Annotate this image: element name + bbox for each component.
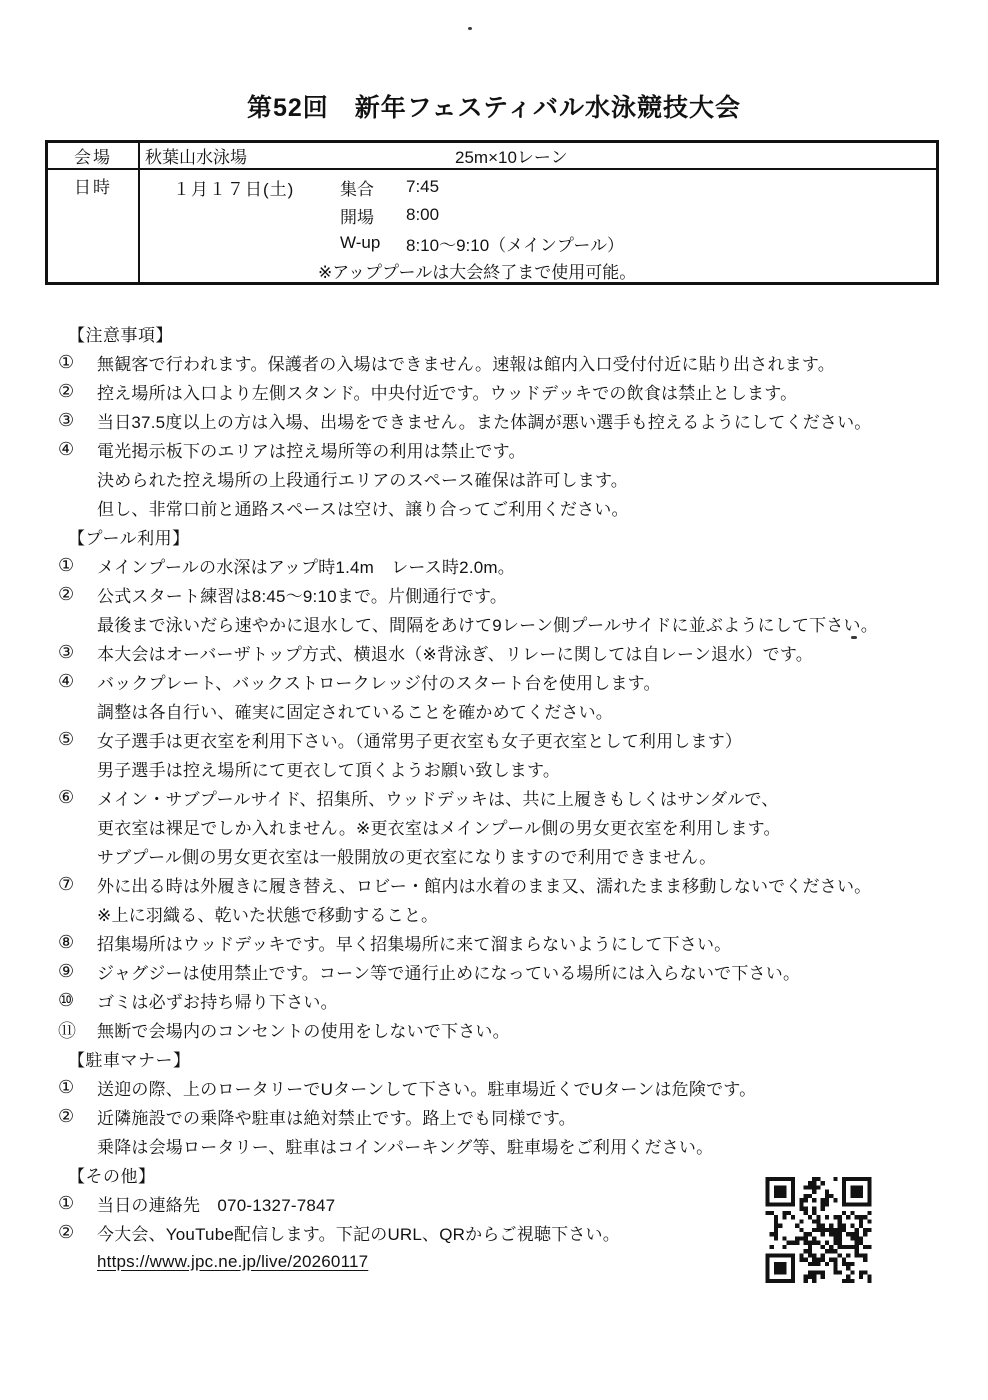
list-item: ③本大会はオーバーザトップ方式、横退水（※背泳ぎ、リレーに関しては自レーン退水）… [58, 638, 988, 667]
schedule-time: 8:00 [406, 205, 439, 225]
list-item: ⑨ジャグジーは使用禁止です。コーン等で通行止めになっている場所には入らないで下さ… [58, 957, 988, 986]
item-number: ② [58, 1106, 97, 1127]
item-text: 最後まで泳いだら速やかに退水して、間隔をあけて9レーン側プールサイドに並ぶように… [97, 611, 878, 636]
item-number: ⑨ [58, 961, 97, 982]
item-number: ⑤ [58, 729, 97, 750]
scan-artifact [851, 636, 857, 639]
schedule-line: １月１７日(土) 集合 7:45 [140, 173, 936, 201]
item-text: 本大会はオーバーザトップ方式、横退水（※背泳ぎ、リレーに関しては自レーン退水）で… [97, 640, 813, 665]
list-item: ⑪無断で会場内のコンセントの使用をしないで下さい。 [58, 1015, 988, 1044]
list-item: ⑤女子選手は更衣室を利用下さい。（通常男子更衣室も女子更衣室として利用します） [58, 725, 988, 754]
qr-code-icon [765, 1177, 872, 1283]
item-number: ⑪ [58, 1017, 97, 1043]
item-number: ⑦ [58, 874, 97, 895]
list-item: 更衣室は裸足でしか入れません。※更衣室はメインプール側の男女更衣室を利用します。 [58, 812, 988, 841]
section-heading: 【注意事項】 [68, 319, 988, 348]
list-item: ②公式スタート練習は8:45～9:10まで。片側通行です。 [58, 580, 988, 609]
item-number: ① [58, 1193, 97, 1214]
venue-cell: 秋葉山水泳場 25m×10レーン [140, 143, 936, 168]
schedule-time: 8:10～9:10（メインプール） [406, 231, 624, 256]
schedule-label: 集合 [340, 175, 406, 200]
pool-availability-note: ※アッププールは大会終了まで使用可能。 [318, 257, 936, 283]
item-number: ④ [58, 439, 97, 460]
scan-artifact [468, 27, 472, 30]
list-item: ②近隣施設での乗降や駐車は絶対禁止です。路上でも同様です。 [58, 1102, 988, 1131]
datetime-cell: １月１７日(土) 集合 7:45 開場 8:00 W-up 8:10～9:10（… [140, 170, 936, 282]
pool-spec: 25m×10レーン [455, 143, 568, 168]
item-number: ⑥ [58, 787, 97, 808]
item-text: 当日の連絡先 070-1327-7847 [97, 1191, 335, 1216]
list-item: 男子選手は控え場所にて更衣して頂くようお願い致します。 [58, 754, 988, 783]
table-row-datetime: 日時 １月１７日(土) 集合 7:45 開場 8:00 W-up 8:10～9:… [48, 170, 936, 282]
item-text: 公式スタート練習は8:45～9:10まで。片側通行です。 [97, 582, 507, 607]
list-item: ④バックプレート、バックストロークレッジ付のスタート台を使用します。 [58, 667, 988, 696]
item-text: ジャグジーは使用禁止です。コーン等で通行止めになっている場所には入らないで下さい… [97, 959, 800, 984]
item-text: サブプール側の男女更衣室は一般開放の更衣室になりますので利用できません。 [97, 843, 716, 868]
list-item: 但し、非常口前と通路スペースは空け、譲り合ってご利用ください。 [58, 493, 988, 522]
list-item: 調整は各自行い、確実に固定されていることを確かめてください。 [58, 696, 988, 725]
section-heading: 【プール利用】 [68, 522, 988, 551]
item-number: ① [58, 352, 97, 373]
page-title: 第52回 新年フェスティバル水泳競技大会 [0, 88, 988, 124]
item-text: メインプールの水深はアップ時1.4m レース時2.0m。 [97, 553, 515, 578]
list-item: ⑧招集場所はウッドデッキです。早く招集場所に来て溜まらないようにして下さい。 [58, 928, 988, 957]
item-text: ゴミは必ずお持ち帰り下さい。 [97, 988, 338, 1013]
item-text: 決められた控え場所の上段通行エリアのスペース確保は許可します。 [97, 466, 628, 491]
schedule-label: W-up [340, 233, 406, 253]
venue-label: 会場 [48, 143, 140, 168]
item-number: ③ [58, 410, 97, 431]
item-number: ⑧ [58, 932, 97, 953]
item-text: ※上に羽織る、乾いた状態で移動すること。 [97, 901, 438, 926]
item-text: 調整は各自行い、確実に固定されていることを確かめてください。 [97, 698, 613, 723]
item-number: ④ [58, 671, 97, 692]
list-item: ⑦外に出る時は外履きに履き替え、ロビー・館内は水着のまま又、濡れたまま移動しない… [58, 870, 988, 899]
schedule-time: 7:45 [406, 177, 439, 197]
item-text: 送迎の際、上のロータリーでUターンして下さい。駐車場近くでUターンは危険です。 [97, 1075, 756, 1100]
item-text: 電光掲示板下のエリアは控え場所等の利用は禁止です。 [97, 437, 526, 462]
info-table: 会場 秋葉山水泳場 25m×10レーン 日時 １月１７日(土) 集合 7:45 … [45, 140, 939, 285]
list-item: 乗降は会場ロータリー、駐車はコインパーキング等、駐車場をご利用ください。 [58, 1131, 988, 1160]
item-number: ⑩ [58, 990, 97, 1011]
item-text: 招集場所はウッドデッキです。早く招集場所に来て溜まらないようにして下さい。 [97, 930, 731, 955]
list-item: ①送迎の際、上のロータリーでUターンして下さい。駐車場近くでUターンは危険です。 [58, 1073, 988, 1102]
schedule-label: 開場 [340, 203, 406, 228]
list-item: ※上に羽織る、乾いた状態で移動すること。 [58, 899, 988, 928]
list-item: ①メインプールの水深はアップ時1.4m レース時2.0m。 [58, 551, 988, 580]
list-item: ⑥メイン・サブプールサイド、招集所、ウッドデッキは、共に上履きもしくはサンダルで… [58, 783, 988, 812]
item-number: ③ [58, 642, 97, 663]
list-item: ⑩ゴミは必ずお持ち帰り下さい。 [58, 986, 988, 1015]
item-text: 無観客で行われます。保護者の入場はできません。速報は館内入口受付付近に貼り出され… [97, 350, 835, 375]
item-text: 当日37.5度以上の方は入場、出場をできません。また体調が悪い選手も控えるように… [97, 408, 872, 433]
list-item: 最後まで泳いだら速やかに退水して、間隔をあけて9レーン側プールサイドに並ぶように… [58, 609, 988, 638]
venue-name: 秋葉山水泳場 [140, 143, 455, 168]
item-text: バックプレート、バックストロークレッジ付のスタート台を使用します。 [97, 669, 661, 694]
item-number: ② [58, 381, 97, 402]
schedule-line: 開場 8:00 [140, 201, 936, 229]
item-text: 無断で会場内のコンセントの使用をしないで下さい。 [97, 1017, 510, 1042]
document-body: 【注意事項】①無観客で行われます。保護者の入場はできません。速報は館内入口受付付… [0, 319, 988, 1276]
item-number: ① [58, 555, 97, 576]
datetime-label: 日時 [48, 170, 140, 282]
item-number: ① [58, 1077, 97, 1098]
list-item: ④電光掲示板下のエリアは控え場所等の利用は禁止です。 [58, 435, 988, 464]
item-text: 但し、非常口前と通路スペースは空け、譲り合ってご利用ください。 [97, 495, 629, 520]
event-date: １月１７日(土) [140, 175, 340, 200]
item-text: 乗降は会場ロータリー、駐車はコインパーキング等、駐車場をご利用ください。 [97, 1133, 713, 1158]
list-item: ①無観客で行われます。保護者の入場はできません。速報は館内入口受付付近に貼り出さ… [58, 348, 988, 377]
youtube-url-link[interactable]: https://www.jpc.ne.jp/live/20260117 [97, 1252, 368, 1272]
list-item: サブプール側の男女更衣室は一般開放の更衣室になりますので利用できません。 [58, 841, 988, 870]
item-number: ② [58, 1222, 97, 1243]
item-number: ② [58, 584, 97, 605]
item-text: 女子選手は更衣室を利用下さい。（通常男子更衣室も女子更衣室として利用します） [97, 727, 742, 752]
item-text: メイン・サブプールサイド、招集所、ウッドデッキは、共に上履きもしくはサンダルで、 [97, 785, 779, 810]
item-text: 更衣室は裸足でしか入れません。※更衣室はメインプール側の男女更衣室を利用します。 [97, 814, 781, 839]
item-text: 今大会、YouTube配信します。下記のURL、QRからご視聴下さい。 [97, 1220, 620, 1245]
item-text: 男子選手は控え場所にて更衣して頂くようお願い致します。 [97, 756, 560, 781]
item-text: 外に出る時は外履きに履き替え、ロビー・館内は水着のまま又、濡れたまま移動しないで… [97, 872, 871, 897]
list-item: ②控え場所は入口より左側スタンド。中央付近です。ウッドデッキでの飲食は禁止としま… [58, 377, 988, 406]
table-row-venue: 会場 秋葉山水泳場 25m×10レーン [48, 143, 936, 170]
section-heading: 【駐車マナー】 [68, 1044, 988, 1073]
list-item: 決められた控え場所の上段通行エリアのスペース確保は許可します。 [58, 464, 988, 493]
document-page: 第52回 新年フェスティバル水泳競技大会 会場 秋葉山水泳場 25m×10レーン… [0, 0, 988, 1400]
schedule-line: W-up 8:10～9:10（メインプール） [140, 229, 936, 257]
list-item: ③当日37.5度以上の方は入場、出場をできません。また体調が悪い選手も控えるよう… [58, 406, 988, 435]
item-text: 近隣施設での乗降や駐車は絶対禁止です。路上でも同様です。 [97, 1104, 576, 1129]
item-text: 控え場所は入口より左側スタンド。中央付近です。ウッドデッキでの飲食は禁止とします… [97, 379, 797, 404]
